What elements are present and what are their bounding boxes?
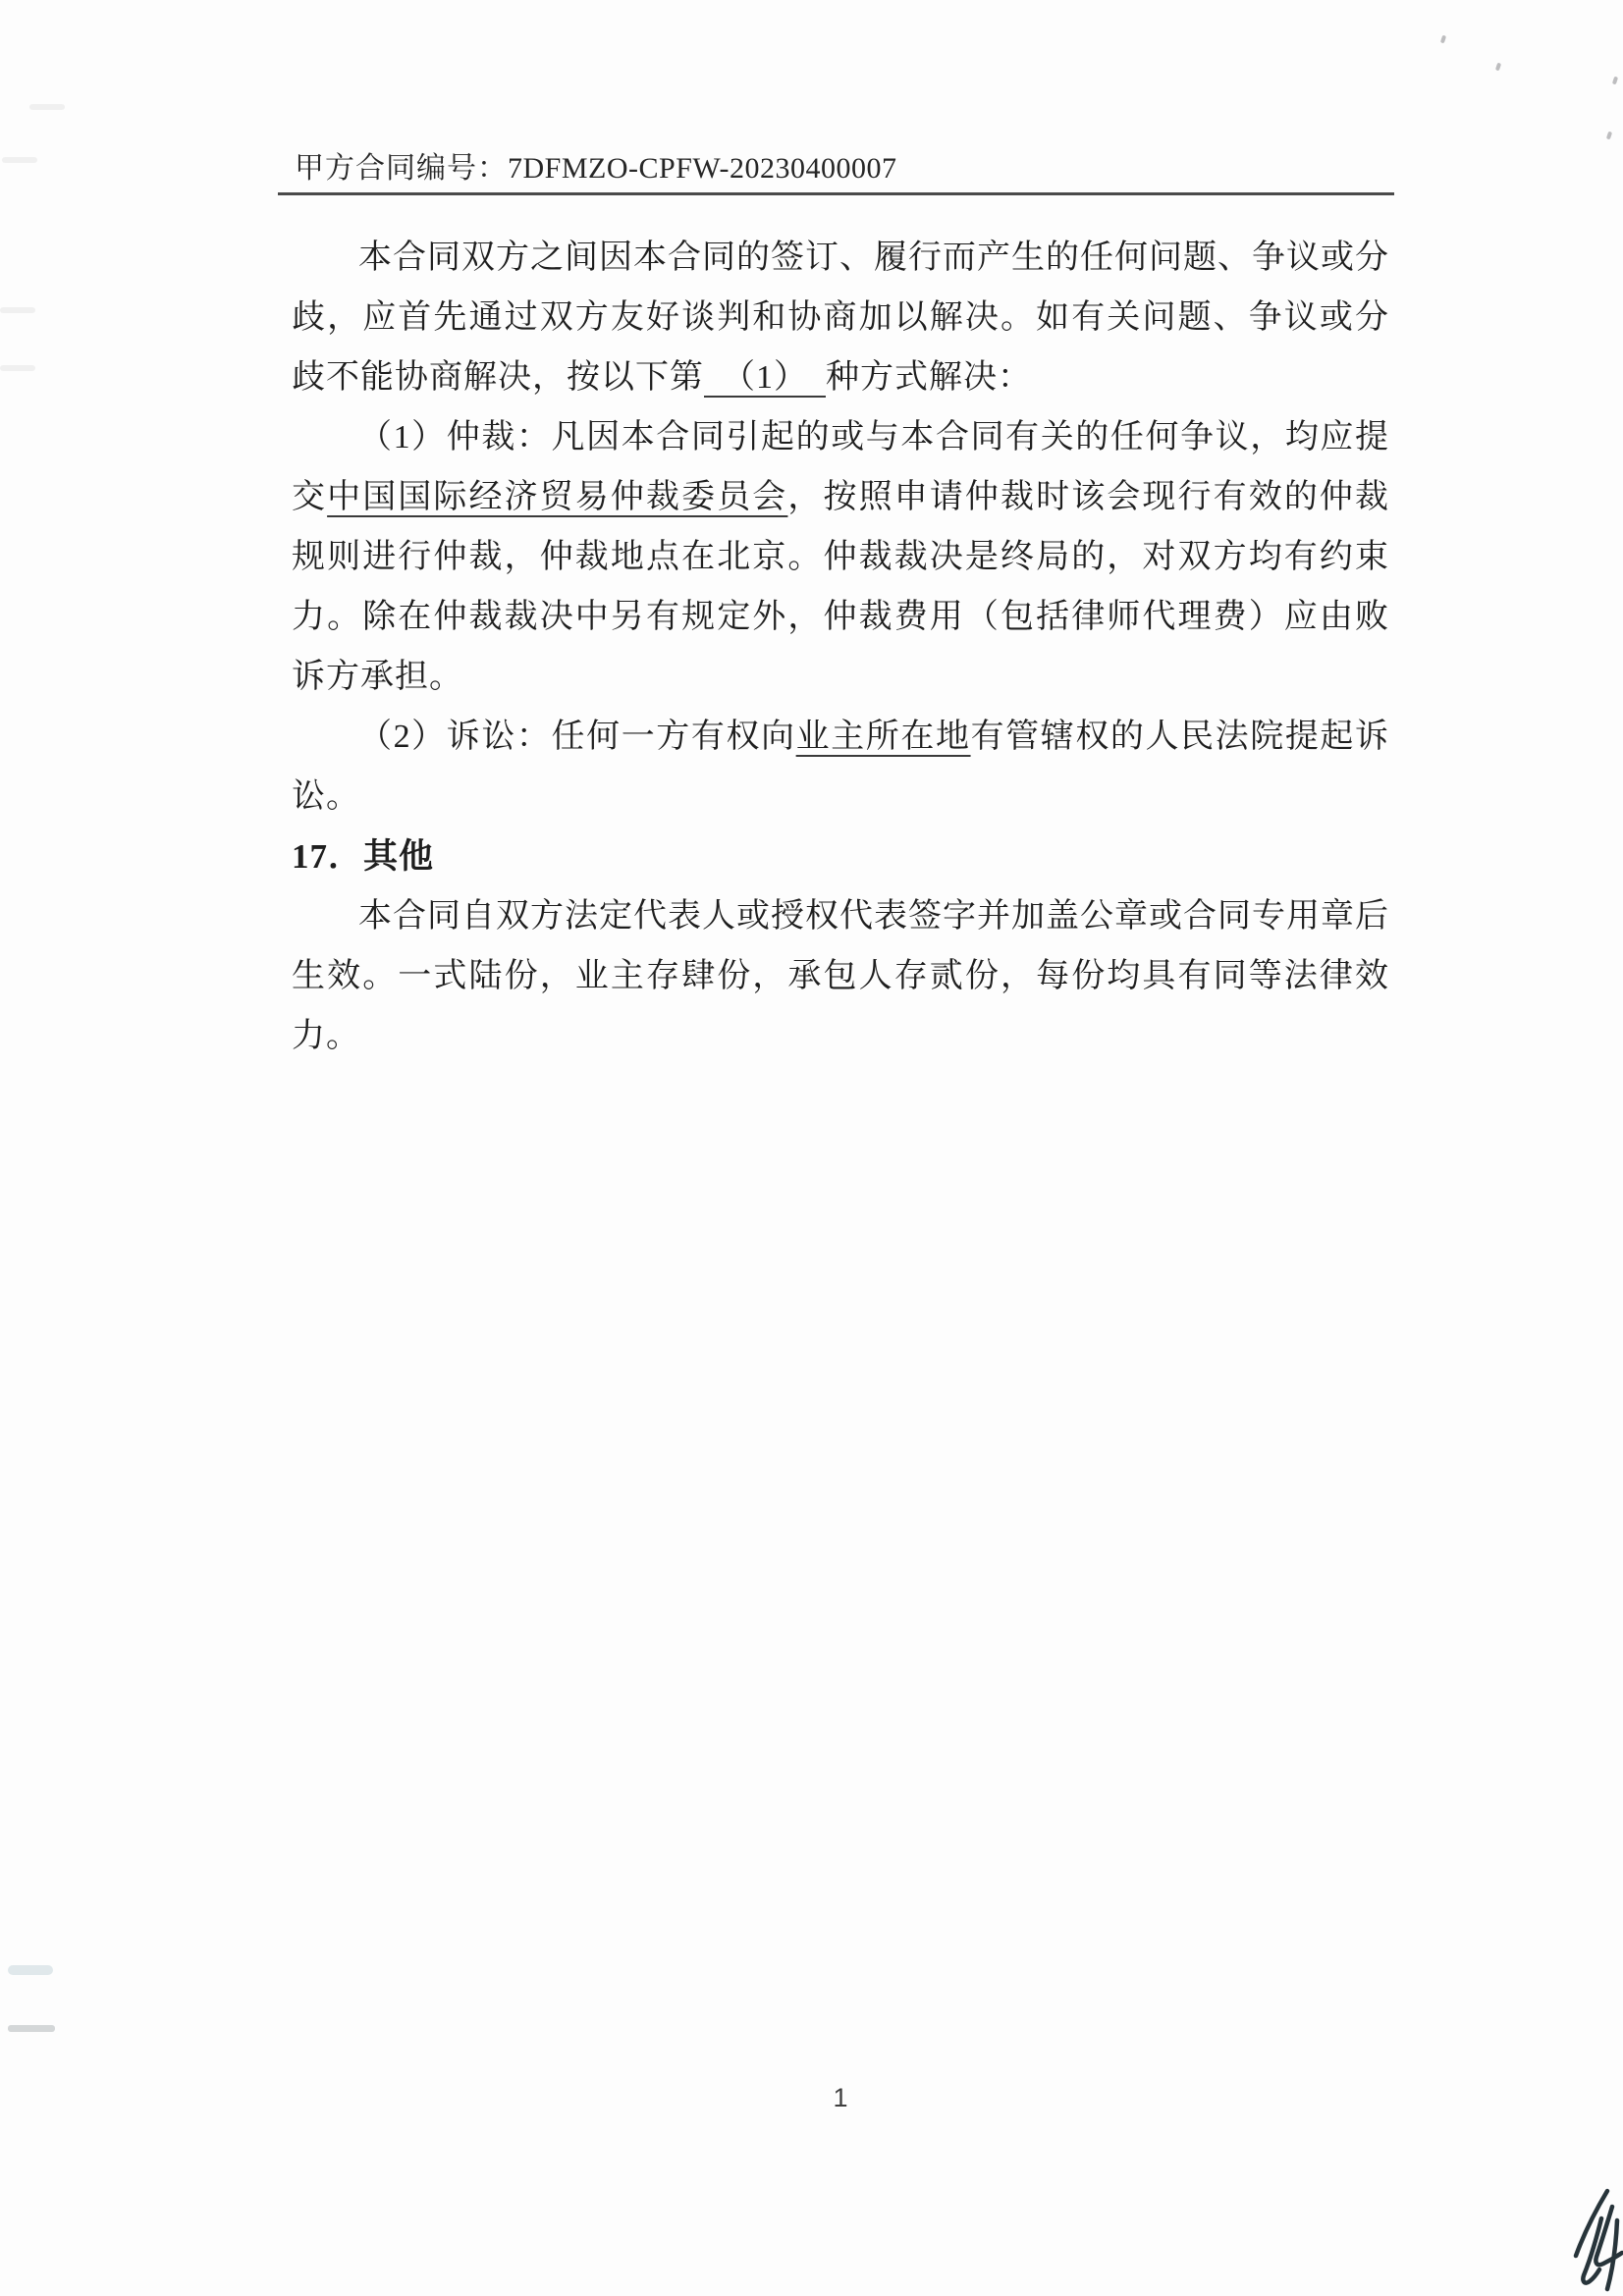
scan-artifact-gray-smudge	[8, 2025, 55, 2032]
scan-artifact-top-left-2	[2, 157, 37, 163]
dispute-text-post: 种方式解决：	[826, 359, 1032, 396]
scan-speck-1	[1440, 35, 1446, 44]
ink-stroke-four-stem	[1607, 2220, 1617, 2289]
paragraph-dispute-resolution: 本合同双方之间因本合同的签订、履行而产生的任何问题、争议或分歧，应首先通过双方友…	[292, 228, 1389, 407]
header-divider-line	[278, 192, 1394, 195]
contract-number-label: 甲方合同编号：	[295, 152, 508, 185]
section-heading-17-other: 17．其他	[292, 827, 1389, 886]
paragraph-litigation: （2）诉讼：任何一方有权向业主所在地有管辖权的人民法院提起诉讼。	[292, 707, 1389, 827]
arbitration-commission-underlined: 中国国际经济贸易仲裁委员会	[327, 479, 787, 515]
ink-stroke-slash	[1576, 2191, 1607, 2256]
litigation-text-pre: （2）诉讼：任何一方有权向	[358, 719, 796, 755]
paragraph-arbitration: （1）仲裁：凡因本合同引起的或与本合同有关的任何争议，均应提交中国国际经济贸易仲…	[292, 407, 1389, 707]
contract-number-value: 7DFMZO-CPFW-20230400007	[508, 152, 897, 185]
scan-speck-4	[1606, 132, 1612, 140]
litigation-venue-underlined: 业主所在地	[796, 719, 971, 755]
scan-artifact-left-1	[0, 307, 35, 313]
contract-body: 本合同双方之间因本合同的签订、履行而产生的任何问题、争议或分歧，应首先通过双方友…	[292, 228, 1389, 1066]
page-number: 1	[292, 2083, 1389, 2113]
scanned-contract-page: { "document": { "header": { "label": "甲方…	[0, 0, 1623, 2296]
scan-artifact-blue-smudge	[8, 1965, 53, 1975]
contract-page: 甲方合同编号：7DFMZO-CPFW-20230400007 本合同双方之间因本…	[0, 0, 1623, 2296]
scan-speck-3	[1612, 77, 1618, 85]
scan-speck-2	[1495, 63, 1501, 72]
dispute-blank-filled: （1）	[704, 359, 826, 396]
handwritten-mark-14	[1495, 2160, 1623, 2296]
header-contract-number: 甲方合同编号：7DFMZO-CPFW-20230400007	[295, 143, 897, 187]
paragraph-effectiveness: 本合同自双方法定代表人或授权代表签字并加盖公章或合同专用章后生效。一式陆份，业主…	[292, 886, 1389, 1066]
scan-artifact-top-left-1	[29, 104, 65, 110]
scan-artifact-left-2	[0, 365, 35, 371]
